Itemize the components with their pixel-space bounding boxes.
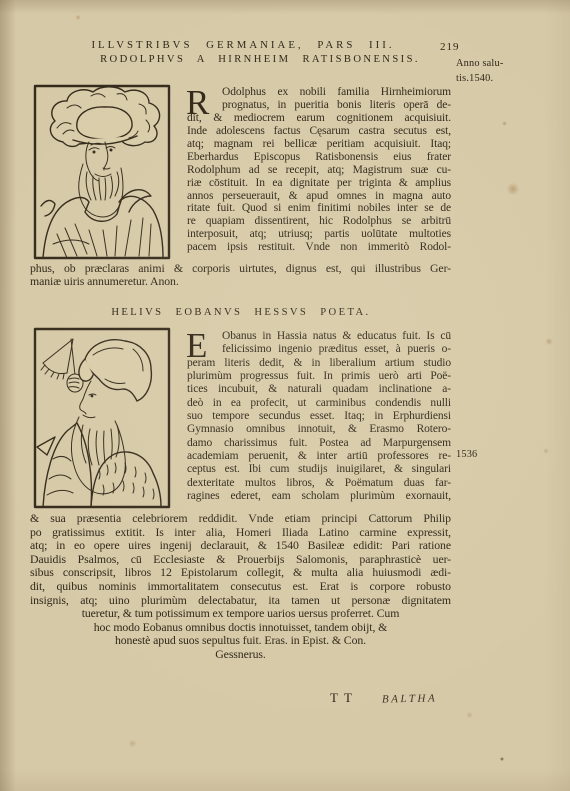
attribution-line: Gessnerus. bbox=[30, 648, 451, 662]
text-line: damo charissimus fuit. Postea ad Marpurg… bbox=[187, 437, 451, 450]
text-line: maniæ uiris annumeretur. Anon. bbox=[30, 275, 451, 288]
text-line: dit, quibus nominis immortalitatem conse… bbox=[30, 580, 451, 594]
text-line: atq; in eo opere uires ingenij declaraui… bbox=[30, 539, 451, 553]
woodcut-rodolphus-image bbox=[33, 84, 171, 260]
quadrant-instrument bbox=[41, 339, 75, 379]
margin-note-year: 1536 bbox=[456, 448, 477, 463]
text-line: tueretur, & tum potissimum ex tempore ua… bbox=[30, 607, 451, 621]
margin-note-line: Anno salu- bbox=[456, 57, 526, 72]
foxing-spot bbox=[506, 183, 520, 195]
text-line: suo tempore secundus esset. Itaq; in Erp… bbox=[187, 410, 451, 423]
text-line: Inde adolescens factus Cęsarum castra se… bbox=[187, 125, 451, 138]
text-line: ragines ederet, eam scholam plurimùm exo… bbox=[187, 490, 451, 503]
text-line: Gymnasio omnibus innotuit, & Erasmo Rote… bbox=[187, 423, 451, 436]
text-line: hoc modo Eobanus omnibus doctis innotuis… bbox=[30, 621, 451, 635]
plumed-beret bbox=[50, 87, 159, 147]
gathering-signature: TT bbox=[330, 690, 358, 706]
face bbox=[86, 142, 115, 181]
text-line: felicissimo ingenio præditus esset, à pu… bbox=[187, 343, 451, 356]
foxing-spot bbox=[75, 15, 81, 20]
text-line: ritate fuit. Quod si enim finitimi nobil… bbox=[187, 202, 451, 215]
foxing-spot bbox=[502, 121, 507, 126]
text-line: pacem ipsis restituit. Vnde non immeritò… bbox=[187, 241, 451, 254]
beard bbox=[79, 164, 123, 217]
text-line: honestè apud suos sepultus fuit. Eras. i… bbox=[30, 634, 451, 648]
text-line: academiam peruenit, & inter artiū profes… bbox=[187, 450, 451, 463]
running-head: ILLVSTRIBVS GERMANIAE, PARS III. bbox=[88, 39, 398, 51]
text-line: & sua præsentia celebriorem reddidit. Vn… bbox=[30, 512, 451, 526]
text-line: deò in ea profecit, ut carminibus conden… bbox=[187, 397, 451, 410]
book-page: ILLVSTRIBVS GERMANIAE, PARS III. 219 ROD… bbox=[0, 0, 570, 791]
text-line: plurimùm progressus fuit. In primis uerò… bbox=[187, 370, 451, 383]
paragraph-rodolphus: Odolphus ex nobili familia Hirnheimiorum… bbox=[187, 86, 451, 254]
text-line: Obanus in Hassia natus & educatus fuit. … bbox=[187, 330, 451, 343]
section2-heading: HELIVS EOBANVS HESSVS POETA. bbox=[30, 307, 452, 318]
woodcut-eobanus-image bbox=[33, 327, 171, 509]
text-line: dexteritate multos libros, & Poëmatum du… bbox=[187, 477, 451, 490]
text-line: peram literis dedit, & in liberalium art… bbox=[187, 357, 451, 370]
text-line: ceptus est. Ibi cum studijs inuigilaret,… bbox=[187, 463, 451, 476]
text-line: interposuit, atq; utriusq; partis uolūta… bbox=[187, 228, 451, 241]
text-line: riæ cōstituit. In ea dignitate per trigi… bbox=[187, 177, 451, 190]
text-line: po gratissimus extitit. Is inter alia, H… bbox=[30, 526, 451, 540]
text-line: sibus conscripsit, libros 12 Epistolarum… bbox=[30, 566, 451, 580]
text-line: Eberhardus Episcopus Ratisbonensis eius … bbox=[187, 151, 451, 164]
text-line: phus, ob præclaras animi & corporis uirt… bbox=[30, 262, 451, 275]
foxing-spot bbox=[128, 740, 137, 747]
handwritten-annotation: BALTHA bbox=[382, 693, 437, 706]
text-line: atq; magnam rei bellicæ peritiam acquisi… bbox=[187, 138, 451, 151]
text-line: re quapiam dissentirent, hic Rodolphus s… bbox=[187, 215, 451, 228]
paragraph-eobanus-full: & sua præsentia celebriorem reddidit. Vn… bbox=[30, 512, 451, 662]
text-line: Dauidis Psalmos, cū Ecclesiaste & Prouer… bbox=[30, 553, 451, 567]
foxing-spot bbox=[500, 757, 504, 761]
foxing-spot bbox=[543, 448, 549, 454]
text-line: insignis, atq; uino plurimùm delectabatu… bbox=[30, 594, 451, 608]
margin-note-anno: Anno salu- tis.1540. bbox=[456, 57, 526, 86]
foxing-spot bbox=[545, 338, 553, 345]
text-line: Odolphus ex nobili familia Hirnheimiorum bbox=[187, 86, 451, 99]
margin-note-line: tis.1540. bbox=[456, 72, 526, 87]
section1-heading: RODOLPHVS A HIRNHEIM RATISBONENSIS. bbox=[60, 54, 460, 65]
text-line: Rodolphum ad se recepit, atq; Magistrum … bbox=[187, 164, 451, 177]
text-line: prognatus, in pueritia bonis literis ope… bbox=[187, 99, 451, 112]
text-line: dit, & mediocrem earum cognitionem acqui… bbox=[187, 112, 451, 125]
soft-cap bbox=[79, 340, 151, 401]
text-line: annos perseuerauit, & apud omnes in magn… bbox=[187, 190, 451, 203]
paragraph-eobanus: Obanus in Hassia natus & educatus fuit. … bbox=[187, 330, 451, 503]
page-number: 219 bbox=[440, 41, 460, 53]
cloak bbox=[41, 190, 163, 258]
woodcut-portrait-rodolphus bbox=[33, 84, 171, 260]
paragraph-rodolphus-full: phus, ob præclaras animi & corporis uirt… bbox=[30, 262, 451, 288]
woodcut-portrait-eobanus bbox=[33, 327, 171, 509]
foxing-spot bbox=[466, 712, 473, 718]
text-line: tices incubuit, & naturali quadam inclin… bbox=[187, 383, 451, 396]
